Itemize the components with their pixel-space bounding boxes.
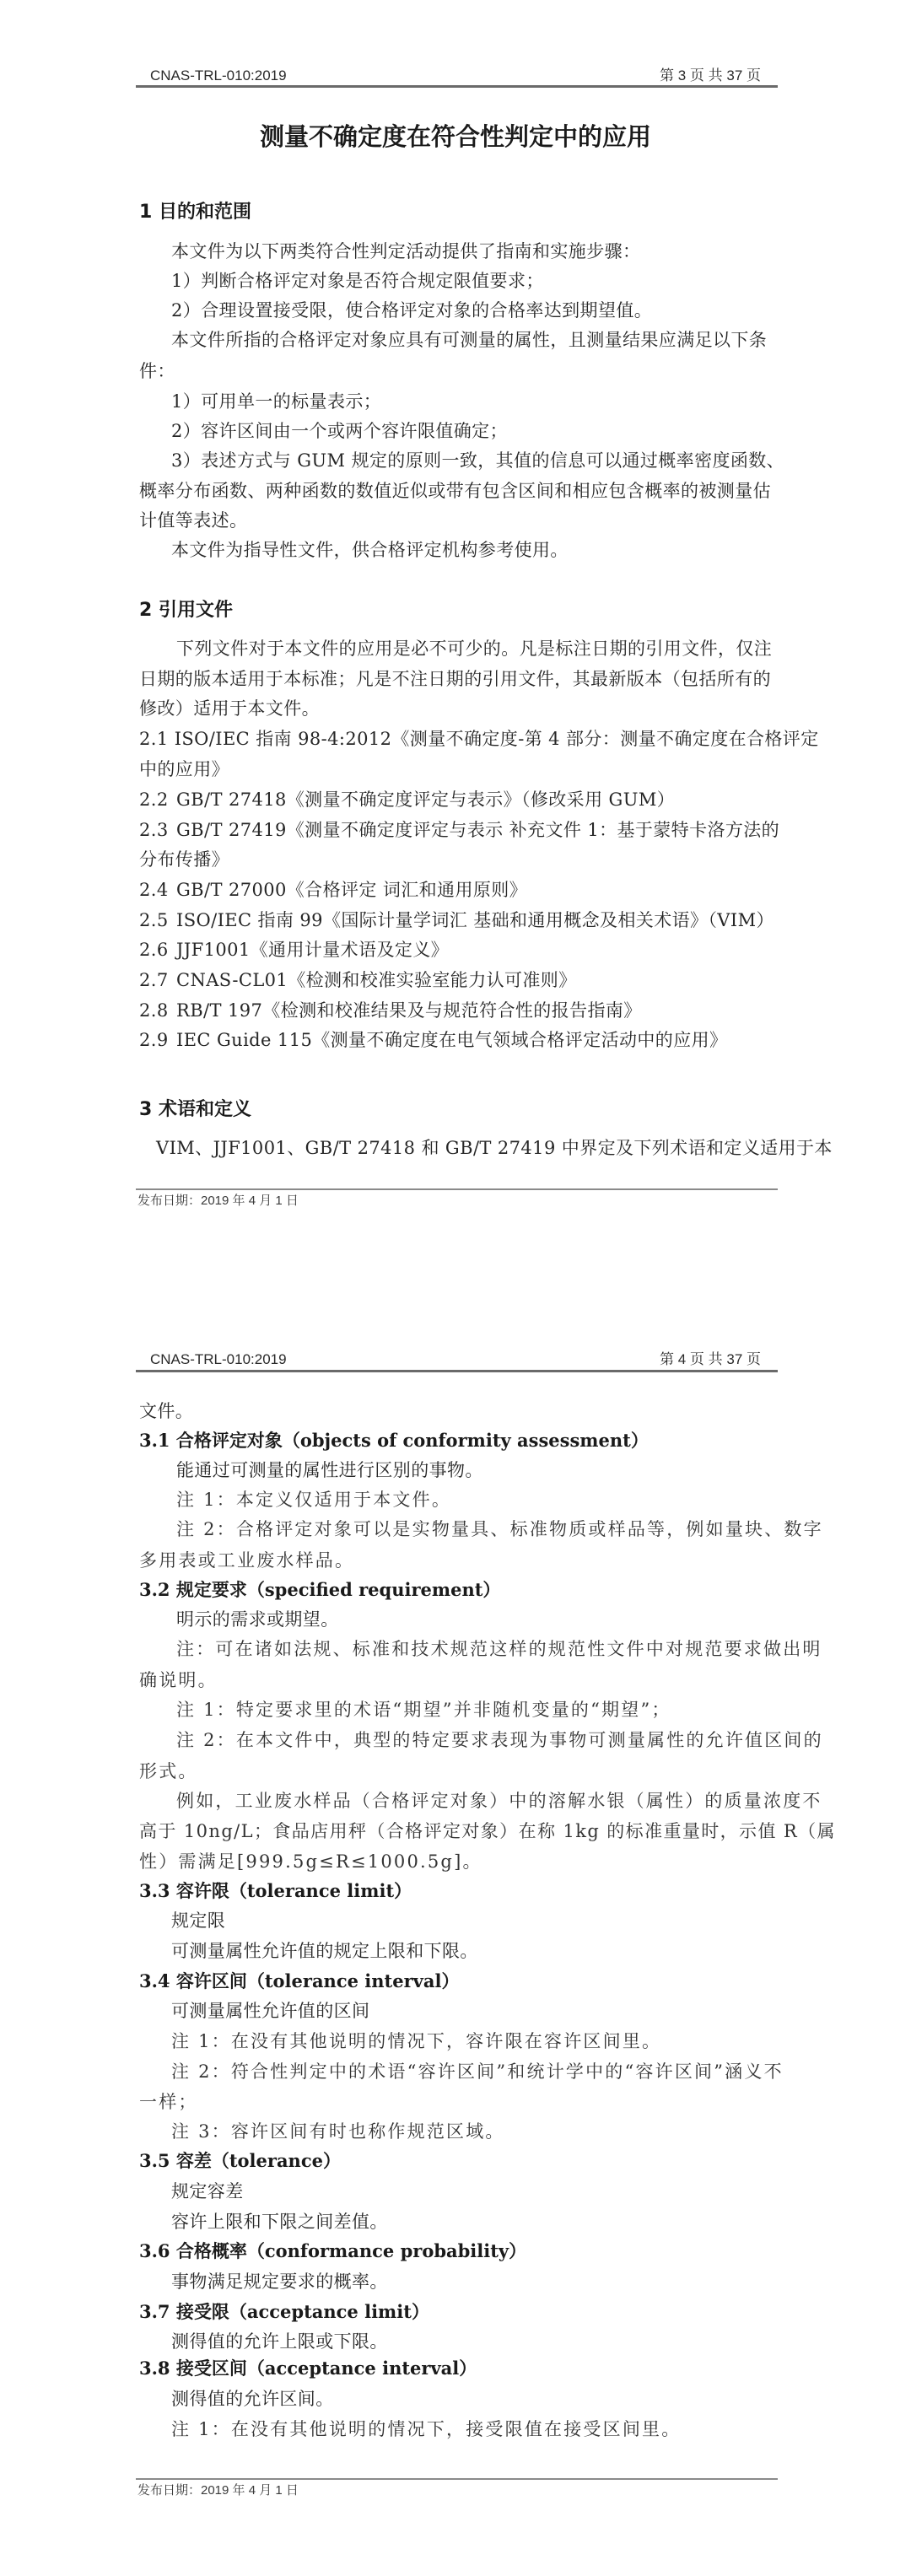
term-note: 确说明。 bbox=[139, 1669, 780, 1691]
term-note: 注：可在诸如法规、标准和技术规范这样的规范性文件中对规范要求做出明 bbox=[176, 1638, 817, 1660]
term-note: 注 1：本定义仅适用于本文件。 bbox=[176, 1489, 817, 1511]
term-heading: 3.2 规定要求（specified requirement） bbox=[139, 1579, 500, 1601]
term-note: 注 3：容许区间有时也称作规范区域。 bbox=[171, 2121, 812, 2142]
term-note: 形式。 bbox=[139, 1760, 780, 1782]
term-definition: 规定限 bbox=[171, 1910, 812, 1932]
term-definition: 测得值的允许上限或下限。 bbox=[171, 2331, 812, 2352]
body-line: 文件。 bbox=[139, 1400, 780, 1422]
document-page-4: CNAS-TRL-010:2019 第 4 页 共 37 页 文件。 3.1 合… bbox=[0, 0, 911, 2576]
term-note: 注 2：在本文件中，典型的特定要求表现为事物可测量属性的允许值区间的 bbox=[176, 1729, 817, 1751]
term-note: 一样； bbox=[139, 2091, 780, 2113]
term-definition: 规定容差 bbox=[171, 2180, 812, 2202]
term-definition: 可测量属性允许值的规定上限和下限。 bbox=[171, 1940, 812, 1962]
term-note: 注 2：符合性判定中的术语“容许区间”和统计学中的“容许区间”涵义不 bbox=[171, 2061, 812, 2083]
footer-rule bbox=[136, 2478, 778, 2480]
header-rule bbox=[136, 1370, 778, 1372]
term-heading: 3.7 接受限（acceptance limit） bbox=[139, 2301, 429, 2323]
term-note: 注 2：合格评定对象可以是实物量具、标准物质或样品等，例如量块、数字 bbox=[176, 1518, 817, 1540]
term-definition: 容许上限和下限之间差值。 bbox=[171, 2211, 812, 2233]
term-heading: 3.3 容许限（tolerance limit） bbox=[139, 1880, 412, 1902]
footer-publish-date: 发布日期：2019 年 4 月 1 日 bbox=[137, 2483, 299, 2498]
term-definition: 明示的需求或期望。 bbox=[176, 1609, 817, 1630]
term-note: 注 1：在没有其他说明的情况下，接受限值在接受区间里。 bbox=[171, 2418, 812, 2440]
term-heading: 3.8 接受区间（acceptance interval） bbox=[139, 2358, 477, 2379]
header-doc-code: CNAS-TRL-010:2019 bbox=[150, 1351, 287, 1368]
term-note: 注 1：在没有其他说明的情况下，容许限在容许区间里。 bbox=[171, 2030, 812, 2052]
term-note: 多用表或工业废水样品。 bbox=[139, 1549, 780, 1571]
term-heading: 3.6 合格概率（conformance probability） bbox=[139, 2240, 526, 2262]
term-heading: 3.1 合格评定对象（objects of conformity assessm… bbox=[139, 1430, 649, 1452]
term-definition: 能通过可测量的属性进行区别的事物。 bbox=[176, 1459, 817, 1481]
term-example: 性）需满足[999.5g≤R≤1000.5g]。 bbox=[139, 1851, 780, 1873]
term-heading: 3.5 容差（tolerance） bbox=[139, 2150, 341, 2172]
term-heading: 3.4 容许区间（tolerance interval） bbox=[139, 1970, 459, 1992]
term-definition: 测得值的允许区间。 bbox=[171, 2388, 812, 2410]
term-definition: 事物满足规定要求的概率。 bbox=[171, 2271, 812, 2293]
term-note: 注 1：特定要求里的术语“期望”并非随机变量的“期望”； bbox=[176, 1699, 817, 1721]
term-example: 例如，工业废水样品（合格评定对象）中的溶解水银（属性）的质量浓度不 bbox=[176, 1790, 817, 1812]
term-example: 高于 10ng/L；食品店用秤（合格评定对象）在称 1kg 的标准重量时，示值 … bbox=[139, 1820, 780, 1842]
term-definition: 可测量属性允许值的区间 bbox=[171, 2000, 812, 2022]
header-page-number: 第 4 页 共 37 页 bbox=[660, 1351, 761, 1368]
